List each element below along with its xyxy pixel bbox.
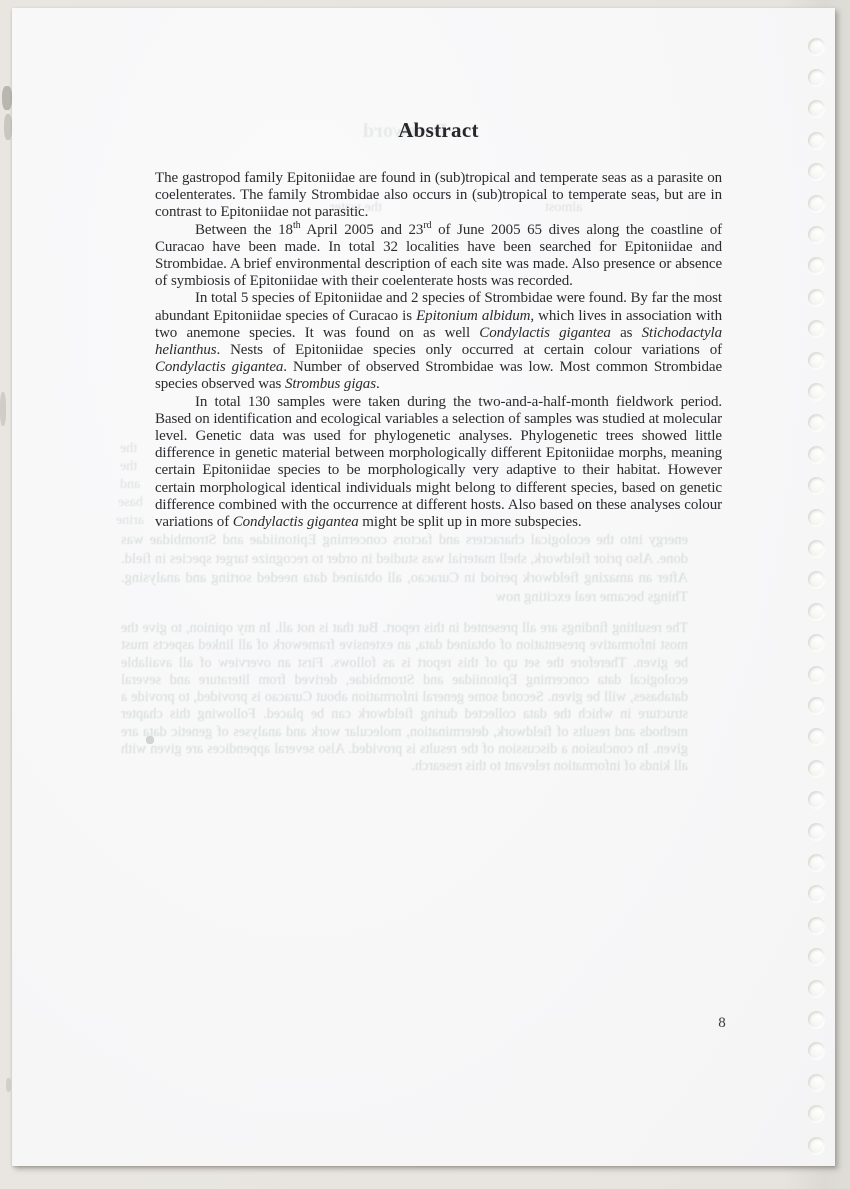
binding-hole [808, 1042, 825, 1059]
bleedthrough-fragment-4: the [120, 459, 137, 475]
scan-smudge-5 [6, 1078, 11, 1092]
binding-hole [808, 603, 825, 620]
binding-hole [808, 383, 825, 400]
binding-hole [808, 728, 825, 745]
binding-holes [808, 8, 825, 1166]
abstract-section: Abstract The gastropod family Epitoniida… [155, 118, 722, 531]
scan-smudge-3 [0, 392, 6, 426]
binding-hole [808, 414, 825, 431]
binding-hole [808, 1105, 825, 1122]
binding-hole [808, 980, 825, 997]
binding-hole [808, 760, 825, 777]
binding-hole [808, 854, 825, 871]
binding-hole [808, 948, 825, 965]
bleedthrough-mid-paragraph: energy into the ecological characters an… [121, 531, 688, 607]
binding-hole [808, 100, 825, 117]
abstract-paragraph-2: Between the 18th April 2005 and 23rd of … [155, 222, 722, 291]
binding-hole [808, 885, 825, 902]
binding-hole [808, 163, 825, 180]
binding-hole [808, 666, 825, 683]
binding-hole [808, 320, 825, 337]
page-title: Abstract [155, 118, 722, 143]
binding-hole [808, 823, 825, 840]
page-number: 8 [704, 1015, 740, 1032]
bleedthrough-fragment-5: and [120, 477, 140, 493]
binding-hole [808, 226, 825, 243]
binding-hole [808, 69, 825, 86]
binding-hole [808, 509, 825, 526]
binding-hole [808, 289, 825, 306]
binding-hole [808, 634, 825, 651]
abstract-body: The gastropod family Epitoniidae are fou… [155, 170, 722, 531]
binding-hole [808, 571, 825, 588]
binding-hole [808, 477, 825, 494]
binding-hole [808, 791, 825, 808]
binding-hole [808, 917, 825, 934]
binding-hole [808, 195, 825, 212]
binding-hole [808, 540, 825, 557]
binding-hole [808, 1011, 825, 1028]
binding-hole [808, 1137, 825, 1154]
binding-hole [808, 1074, 825, 1091]
abstract-paragraph-4: In total 130 samples were taken during t… [155, 394, 722, 532]
bleedthrough-bottom-paragraph: The resulting findings are all presented… [121, 620, 688, 776]
bleedthrough-fragment-7: arine [116, 513, 144, 529]
scan-smudge-2 [4, 114, 12, 140]
abstract-paragraph-3: In total 5 species of Epitoniidae and 2 … [155, 290, 722, 393]
bleedthrough-fragment-3: the [120, 441, 137, 457]
bleedthrough-fragment-6: base [118, 495, 143, 511]
binding-hole [808, 697, 825, 714]
scan-smudge-4 [146, 736, 154, 744]
binding-hole [808, 446, 825, 463]
binding-hole [808, 257, 825, 274]
scanned-page: { "page": { "title": "Abstract", "page_n… [0, 0, 850, 1189]
scan-smudge-1 [2, 86, 12, 110]
binding-hole [808, 132, 825, 149]
binding-hole [808, 38, 825, 55]
binding-hole [808, 352, 825, 369]
abstract-paragraph-1: The gastropod family Epitoniidae are fou… [155, 170, 722, 222]
paper-sheet: Foreword energy into the ecological char… [12, 8, 835, 1166]
